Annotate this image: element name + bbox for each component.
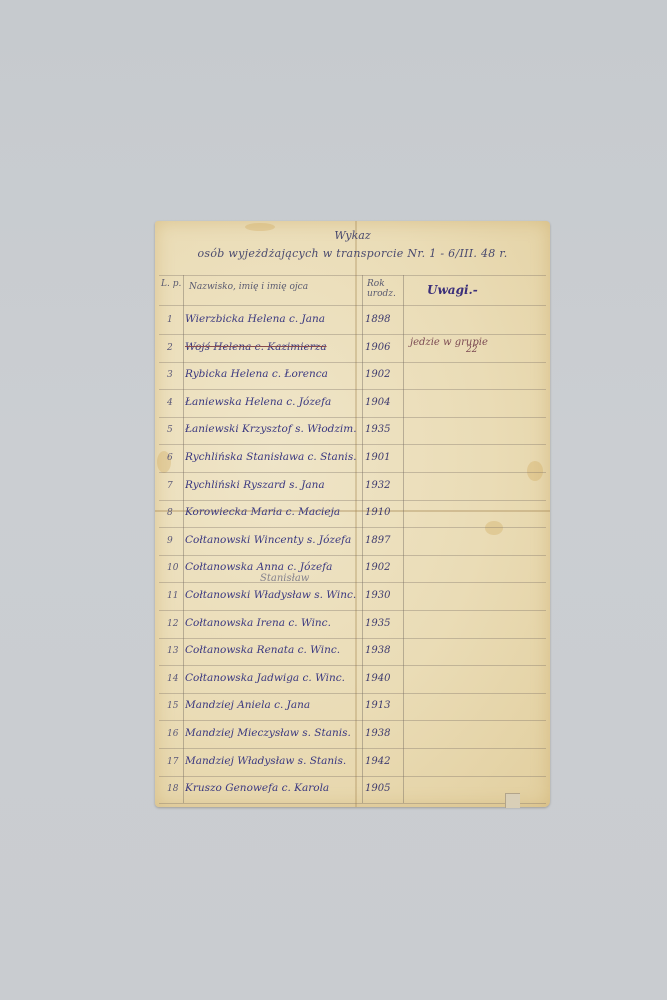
row-number: 2	[167, 343, 185, 353]
row-number: 17	[167, 757, 185, 767]
row-number: 6	[167, 453, 185, 463]
table-row: 15Mandziej Aniela c. Jana1913	[155, 693, 550, 719]
row-number: 16	[167, 729, 185, 739]
birth-year: 1935	[365, 424, 405, 435]
table-row: 8Korowiecka Maria c. Macieja1910	[155, 500, 550, 526]
table-row: 7Rychliński Ryszard s. Jana1932	[155, 473, 550, 499]
person-name: Cołtanowska Jadwiga c. Winc.	[185, 672, 360, 684]
row-number: 13	[167, 646, 185, 656]
person-name: Wierzbicka Helena c. Jana	[185, 313, 360, 325]
row-number: 3	[167, 370, 185, 380]
torn-corner	[505, 793, 520, 808]
table-row: 5Łaniewski Krzysztof s. Włodzim.1935	[155, 417, 550, 443]
birth-year: 1901	[365, 452, 405, 463]
birth-year: 1930	[365, 590, 405, 601]
row-number: 9	[167, 536, 185, 546]
birth-year: 1913	[365, 700, 405, 711]
person-name: Wojś Helena c. Kazimierza	[185, 341, 360, 353]
row-number: 1	[167, 315, 185, 325]
row-number: 4	[167, 398, 185, 408]
person-name: Rychliński Ryszard s. Jana	[185, 479, 360, 491]
row-number: 7	[167, 481, 185, 491]
header-year: Rok urodz.	[367, 279, 401, 299]
row-number: 14	[167, 674, 185, 684]
header-name: Nazwisko, imię i imię ojca	[189, 282, 308, 292]
table-row: 4Łaniewska Helena c. Józefa1904	[155, 390, 550, 416]
person-name: Rybicka Helena c. Łorenca	[185, 368, 360, 380]
birth-year: 1902	[365, 562, 405, 573]
person-name: Cołtanowska Anna c. Józefa	[185, 561, 360, 573]
person-name: Łaniewski Krzysztof s. Włodzim.	[185, 423, 360, 435]
birth-year: 1897	[365, 535, 405, 546]
person-name: Kruszo Genowefa c. Karola	[185, 782, 360, 794]
table-row: 1Wierzbicka Helena c. Jana1898	[155, 307, 550, 333]
person-name: Mandziej Aniela c. Jana	[185, 699, 360, 711]
header-number: L. p.	[161, 279, 181, 289]
birth-year: 1898	[365, 314, 405, 325]
row-number: 12	[167, 619, 185, 629]
row-number: 15	[167, 701, 185, 711]
overwritten-annotation: Stanisław	[260, 573, 309, 584]
birth-year: 1905	[365, 783, 405, 794]
person-name: Korowiecka Maria c. Macieja	[185, 506, 360, 518]
birth-year: 1904	[365, 397, 405, 408]
person-name: Mandziej Mieczysław s. Stanis.	[185, 727, 360, 739]
table-row: 12Cołtanowska Irena c. Winc.1935	[155, 611, 550, 637]
person-name: Cołtanowska Renata c. Winc.	[185, 644, 360, 656]
person-name: Rychlińska Stanisława c. Stanis.	[185, 451, 360, 463]
person-name: Mandziej Władysław s. Stanis.	[185, 755, 360, 767]
document-subtitle: osób wyjeżdżających w transporcie Nr. 1 …	[155, 247, 550, 260]
row-number: 18	[167, 784, 185, 794]
table-row: 9Cołtanowski Wincenty s. Józefa1897	[155, 528, 550, 554]
row-number: 11	[167, 591, 185, 601]
table-row: 16Mandziej Mieczysław s. Stanis.1938	[155, 721, 550, 747]
row-number: 5	[167, 425, 185, 435]
person-name: Cołtanowska Irena c. Winc.	[185, 617, 360, 629]
document-title: Wykaz	[155, 229, 550, 242]
header-remarks: Uwagi.-	[427, 283, 478, 297]
birth-year: 1942	[365, 756, 405, 767]
table-row: 11Cołtanowski Władysław s. Winc.1930	[155, 583, 550, 609]
table-row: 2Wojś Helena c. Kazimierza1906jedzie w g…	[155, 335, 550, 361]
table-row: 13Cołtanowska Renata c. Winc.1938	[155, 638, 550, 664]
birth-year: 1935	[365, 618, 405, 629]
person-name: Łaniewska Helena c. Józefa	[185, 396, 360, 408]
row-line	[159, 803, 546, 804]
remark: jedzie w grupie22	[410, 337, 545, 355]
header-bottom-line	[159, 305, 546, 306]
birth-year: 1932	[365, 480, 405, 491]
table-row: 6Rychlińska Stanisława c. Stanis.1901	[155, 445, 550, 471]
birth-year: 1910	[365, 507, 405, 518]
birth-year: 1906	[365, 342, 405, 353]
table-row: 18Kruszo Genowefa c. Karola1905	[155, 776, 550, 802]
table-row: 3Rybicka Helena c. Łorenca1902	[155, 362, 550, 388]
birth-year: 1938	[365, 645, 405, 656]
row-number: 10	[167, 563, 185, 573]
table-row: 14Cołtanowska Jadwiga c. Winc.1940	[155, 666, 550, 692]
table-row: 17Mandziej Władysław s. Stanis.1942	[155, 749, 550, 775]
birth-year: 1938	[365, 728, 405, 739]
document-sheet: Wykaz osób wyjeżdżających w transporcie …	[155, 221, 550, 807]
table-row: 10Cołtanowska Anna c. Józefa1902	[155, 555, 550, 581]
person-name: Cołtanowski Wincenty s. Józefa	[185, 534, 360, 546]
birth-year: 1940	[365, 673, 405, 684]
row-number: 8	[167, 508, 185, 518]
person-name: Cołtanowski Władysław s. Winc.	[185, 589, 360, 601]
birth-year: 1902	[365, 369, 405, 380]
header-top-line	[159, 275, 546, 276]
